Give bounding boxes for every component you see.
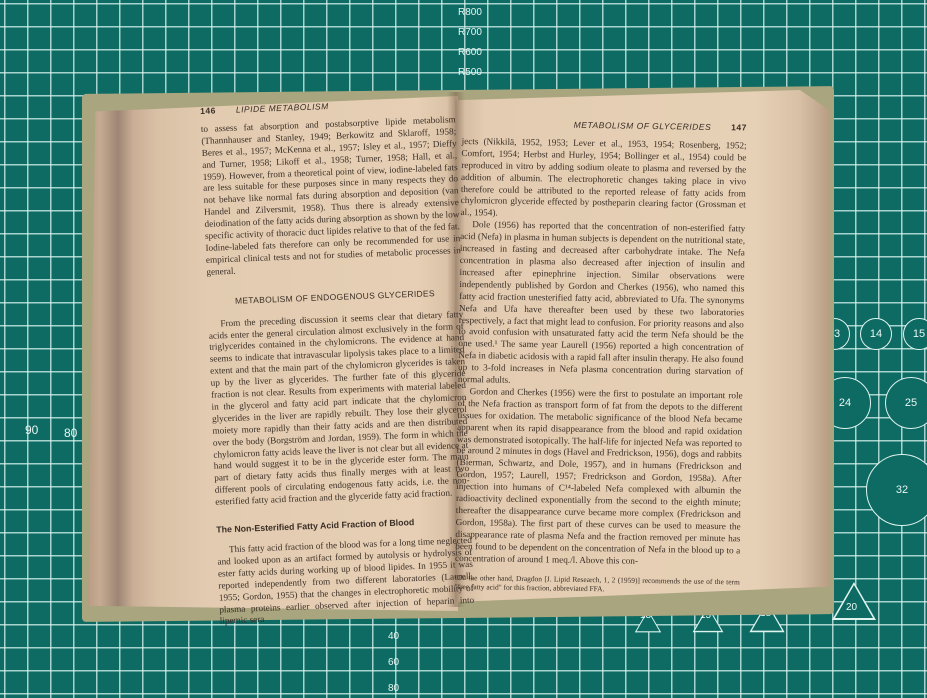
paragraph: From the preceding discussion it seems c… [208, 309, 470, 509]
mat-circle-label: 24 [839, 397, 851, 409]
page-number: 146 [200, 105, 216, 117]
paragraph: to assess fat absorption and postabsorpt… [201, 114, 462, 278]
mat-circle-label: 32 [896, 484, 908, 496]
mat-angle-label: 80 [64, 426, 77, 440]
mat-angle-label: 90 [25, 423, 38, 437]
mat-triangle-label: 20 [846, 602, 857, 613]
mat-triangle [832, 582, 876, 620]
left-page-text: 146 LIPIDE METABOLISM to assess fat abso… [200, 96, 475, 628]
mat-circle-label: 25 [905, 397, 917, 409]
mat-radius-label: R700 [458, 27, 482, 38]
mat-circle: 15 [903, 318, 927, 350]
mat-chevron-label: 80 [388, 683, 399, 694]
mat-radius-label: R600 [458, 47, 482, 58]
mat-circle: 14 [860, 318, 892, 350]
mat-radius-label: R500 [458, 67, 482, 78]
mat-circle-label: 14 [870, 328, 882, 340]
paragraph: Gordon and Cherkes (1956) were the first… [455, 386, 743, 569]
mat-chevron-label: 40 [388, 631, 399, 642]
mat-chevron-label: 60 [388, 657, 399, 668]
section-title: METABOLISM OF ENDOGENOUS GLYCERIDES [207, 287, 462, 309]
mat-radius-label: R800 [458, 7, 482, 18]
paragraph: Dole (1956) has reported that the concen… [458, 219, 746, 390]
mat-circle-label: 15 [913, 328, 925, 340]
right-page-text: METABOLISM OF GLYCERIDES 147 jects (Nikk… [455, 118, 747, 596]
paragraph: This fatty acid fraction of the blood wa… [217, 535, 475, 628]
open-book: 146 LIPIDE METABOLISM to assess fat abso… [82, 82, 834, 612]
paragraph: jects (Nikkilä, 1952, 1953; Lever et al.… [460, 136, 746, 224]
subheading: The Non-Esterified Fatty Acid Fraction o… [216, 515, 471, 537]
page-number: 147 [731, 122, 747, 134]
running-head-title: METABOLISM OF GLYCERIDES [574, 120, 712, 134]
running-head-title: LIPIDE METABOLISM [236, 101, 329, 116]
